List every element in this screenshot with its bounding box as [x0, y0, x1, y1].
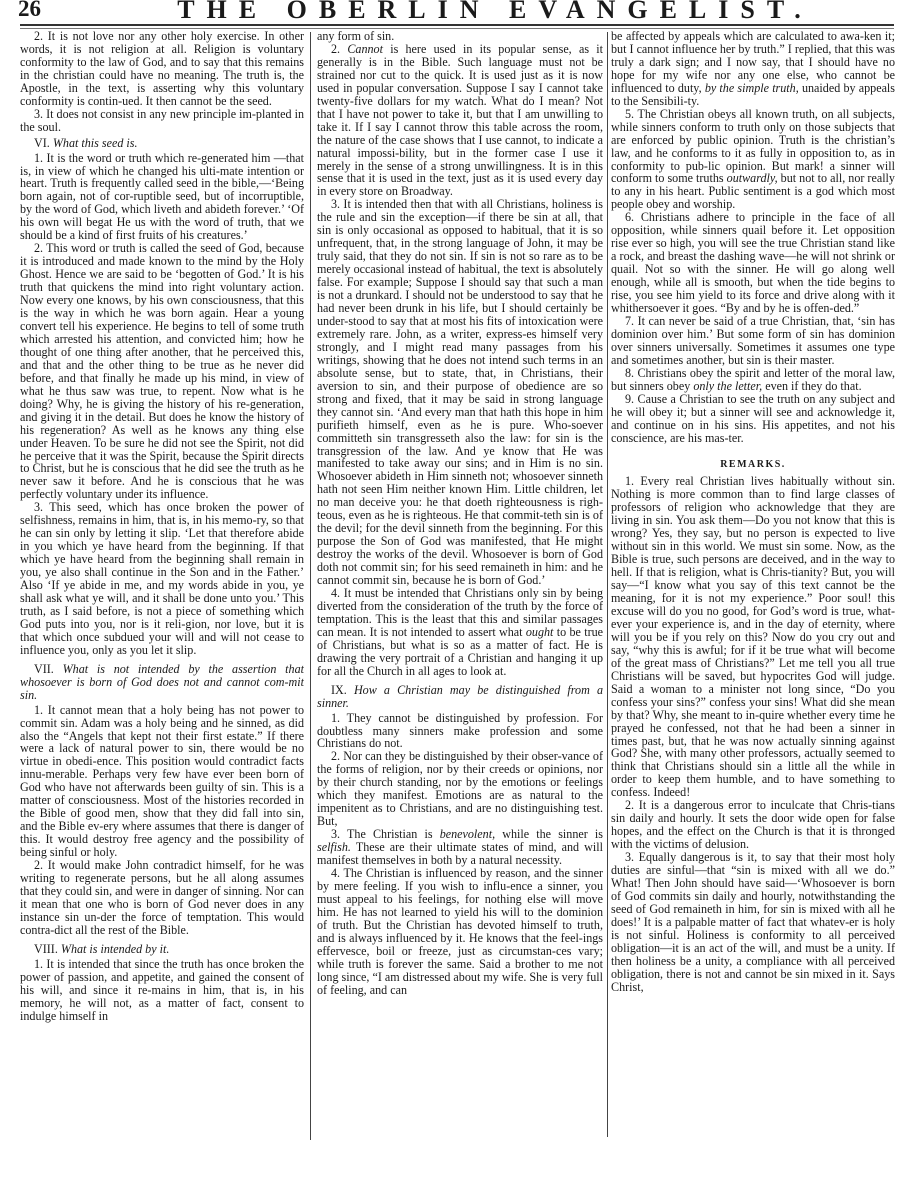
emphasis: by the simple truth, [705, 81, 799, 95]
paragraph: 1. It is intended that since the truth h… [20, 958, 304, 1023]
header-rule-thin [20, 28, 894, 29]
paragraph: 3. This seed, which has once broken the … [20, 501, 304, 656]
paragraph: 5. The Christian obeys all known truth, … [611, 108, 895, 212]
remarks-heading: REMARKS. [611, 459, 895, 472]
paragraph: 7. It can never be said of a true Christ… [611, 315, 895, 367]
section-heading-vii: VII. What is not intended by the asserti… [20, 663, 304, 702]
emphasis: outwardly, [727, 171, 778, 185]
column-divider [607, 32, 608, 1137]
paragraph: 3. It is intended then that with all Chr… [317, 198, 603, 587]
paragraph: 1. They cannot be distinguished by profe… [317, 712, 603, 751]
section-title: What is not intended by the assertion th… [20, 662, 304, 702]
masthead: 26 THE OBERLIN EVANGELIST. [0, 0, 900, 24]
paragraph: 4. The Christian is influenced by reason… [317, 867, 603, 997]
paragraph: 8. Christians obey the spirit and letter… [611, 367, 895, 393]
emphasis: selfish. [317, 840, 351, 854]
paragraph: be affected by appeals which are calcula… [611, 30, 895, 108]
section-number: IX. [331, 683, 347, 697]
paragraph: 2. It is a dangerous error to inculcate … [611, 799, 895, 851]
text: These are their ultimate states of mind,… [317, 840, 603, 867]
section-title: How a Christian may be distinguished fro… [317, 683, 603, 710]
paragraph: 2. Nor can they be distinguished by thei… [317, 750, 603, 828]
paragraph: 2. It is not love nor any other holy exe… [20, 30, 304, 108]
paragraph: 1. It is the word or truth which re-gene… [20, 152, 304, 243]
paragraph: 2. Cannot is here used in its popular se… [317, 43, 603, 198]
section-title: What is intended by it. [61, 942, 170, 956]
item-number: 2. [331, 42, 340, 56]
emphasis: Cannot [347, 42, 383, 56]
emphasis: ought [526, 625, 554, 639]
section-number: VII. [34, 662, 54, 676]
header-rule [20, 24, 894, 26]
paragraph: 3. It does not consist in any new princi… [20, 108, 304, 134]
paragraph: 3. The Christian is benevolent, while th… [317, 828, 603, 867]
paragraph: 1. It cannot mean that a holy being has … [20, 704, 304, 859]
paragraph: 2. This word or truth is called the seed… [20, 242, 304, 501]
section-heading-vi: VI. What this seed is. [20, 137, 304, 150]
paragraph: 3. Equally dangerous is it, to say that … [611, 851, 895, 993]
column-3: be affected by appeals which are calcula… [611, 30, 895, 1180]
text: is here used in its popular sense, as it… [317, 42, 603, 198]
column-divider [310, 32, 311, 1140]
column-2: any form of sin. 2. Cannot is here used … [317, 30, 603, 1180]
emphasis: benevolent, [440, 827, 495, 841]
section-number: VI. [34, 136, 50, 150]
section-number: VIII. [34, 942, 58, 956]
text: while the sinner is [502, 827, 603, 841]
article-columns: 2. It is not love nor any other holy exe… [20, 30, 896, 1180]
emphasis: only the letter, [693, 379, 762, 393]
paragraph: 6. Christians adhere to principle in the… [611, 211, 895, 315]
paragraph: 2. It would make John contradict himself… [20, 859, 304, 937]
paragraph: 4. It must be intended that Christians o… [317, 587, 603, 678]
paragraph: 9. Cause a Christian to see the truth on… [611, 393, 895, 445]
newspaper-title: THE OBERLIN EVANGELIST. [0, 0, 900, 25]
section-title: What this seed is. [53, 136, 138, 150]
paragraph: 1. Every real Christian lives habitually… [611, 475, 895, 799]
text: 3. The Christian is [331, 827, 433, 841]
text: even if they do that. [765, 379, 861, 393]
section-heading-viii: VIII. What is intended by it. [20, 943, 304, 956]
column-1: 2. It is not love nor any other holy exe… [20, 30, 304, 1180]
section-heading-ix: IX. How a Christian may be distinguished… [317, 684, 603, 710]
